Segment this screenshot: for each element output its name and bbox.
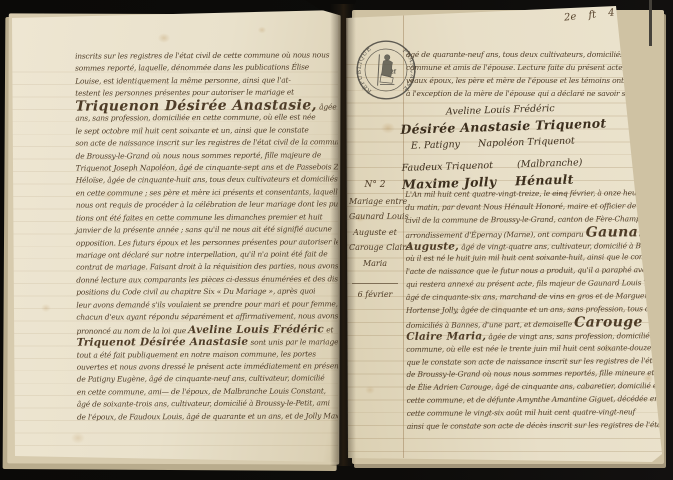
margin-note-line: Auguste et xyxy=(349,225,401,241)
svg-text:RÉPUBLIQUE: RÉPUBLIQUE xyxy=(356,45,373,95)
page-edge-highlight xyxy=(649,0,652,46)
manuscript-line: veaux époux, les père et mère de l'épous… xyxy=(406,74,658,87)
margin-note-line: Mariage entre xyxy=(349,194,401,210)
manuscript-line: ainsi que le constate son acte de décès … xyxy=(407,419,659,434)
signatures-block: Aveline Louis FrédéricDésirée Anastasie … xyxy=(400,98,653,193)
act-two-body-text: L'An mil huit cent quatre-vingt-treize, … xyxy=(405,187,659,434)
svg-text:2f: 2f xyxy=(390,70,397,76)
left-page-text: inscrits sur les registres de l'état civ… xyxy=(75,49,337,423)
right-page: 2e ft 4 RÉPUBLIQUE FRANÇAISE 2f âgé de q… xyxy=(346,6,662,464)
folio-annotation: 2e ft 4 xyxy=(564,7,616,23)
margin-note-line: N° 2 xyxy=(349,178,401,194)
manuscript-line: de l'époux, de Faudoux Louis, âgé de qua… xyxy=(77,410,337,424)
act-one-ending-text: âgé de quarante-neuf ans, tous deux cult… xyxy=(406,48,658,100)
manuscript-line: âgé de quarante-neuf ans, tous deux cult… xyxy=(406,48,658,61)
margin-notes: N° 2Mariage entreGaunard LouisAuguste et… xyxy=(349,178,401,303)
margin-note-line: 6 février xyxy=(349,287,401,303)
margin-note-line: Gaunard Louis xyxy=(349,209,401,225)
manuscript-line: commune et amis de l'épouse. Lecture fai… xyxy=(406,61,658,74)
left-page: inscrits sur les registres de l'état civ… xyxy=(12,10,338,462)
margin-note-line: Maria xyxy=(349,256,401,272)
margin-note-line: Carouge Claire xyxy=(349,240,401,256)
